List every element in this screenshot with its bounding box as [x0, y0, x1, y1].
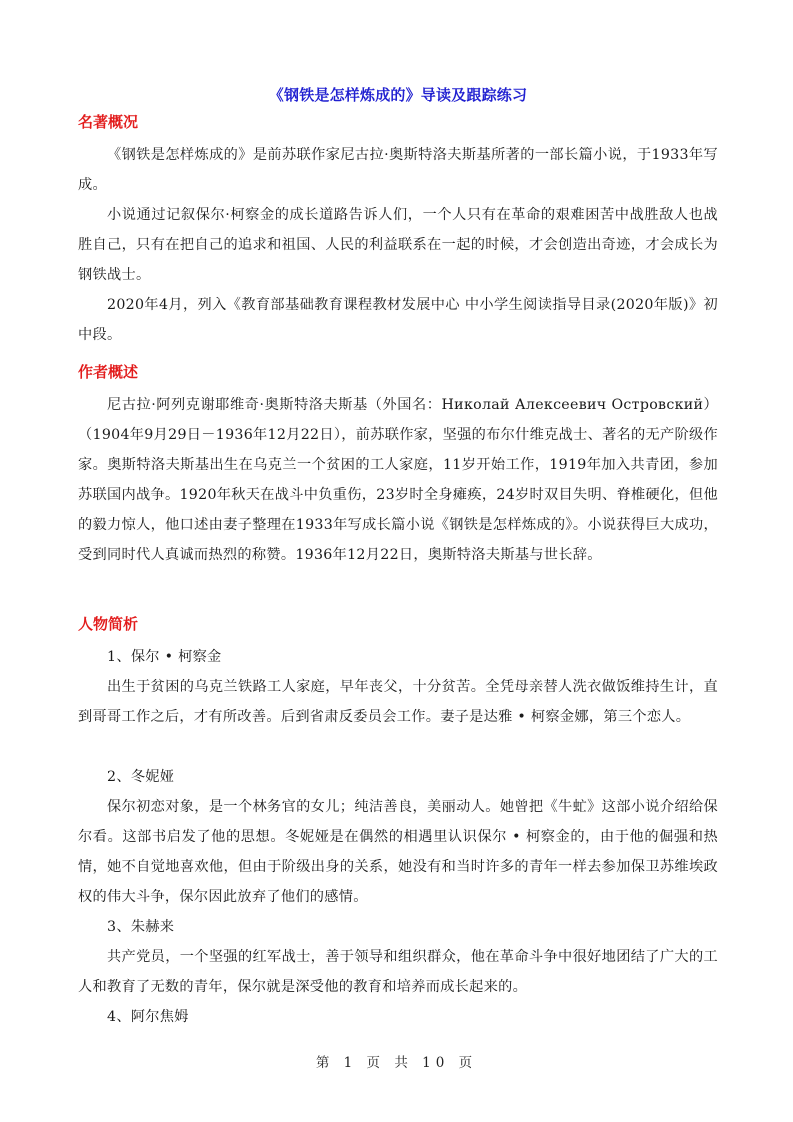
- paragraph: 《钢铁是怎样炼成的》是前苏联作家尼古拉·奥斯特洛夫斯基所著的一部长篇小说，于19…: [78, 140, 718, 200]
- section-heading-overview: 名著概况: [78, 111, 138, 132]
- character-name: 3、朱赫来: [107, 912, 174, 942]
- page-footer: 第 1 页 共 10 页: [0, 1051, 793, 1071]
- character-description: 出生于贫困的乌克兰铁路工人家庭，早年丧父，十分贫苦。全凭母亲替人洗衣做饭维持生计…: [78, 672, 718, 732]
- section-heading-characters: 人物简析: [78, 613, 138, 634]
- paragraph: 2020年4月，列入《教育部基础教育课程教材发展中心 中小学生阅读指导目录(20…: [78, 290, 718, 350]
- paragraph: 尼古拉·阿列克谢耶维奇·奥斯特洛夫斯基（外国名：Николай Алексеев…: [78, 390, 718, 570]
- paragraph: 小说通过记叙保尔·柯察金的成长道路告诉人们，一个人只有在革命的艰难困苦中战胜敌人…: [78, 200, 718, 290]
- character-description: 保尔初恋对象，是一个林务官的女儿；纯洁善良，美丽动人。她曾把《牛虻》这部小说介绍…: [78, 792, 718, 912]
- section-heading-author: 作者概述: [78, 361, 138, 382]
- character-name: 1、保尔 • 柯察金: [107, 642, 222, 672]
- document-title: 《钢铁是怎样炼成的》导读及跟踪练习: [78, 84, 718, 105]
- character-description: 共产党员，一个坚强的红军战士，善于领导和组织群众，他在革命斗争中很好地团结了广大…: [78, 942, 718, 1002]
- character-name: 4、阿尔焦姆: [107, 1002, 189, 1032]
- character-name: 2、冬妮娅: [107, 762, 174, 792]
